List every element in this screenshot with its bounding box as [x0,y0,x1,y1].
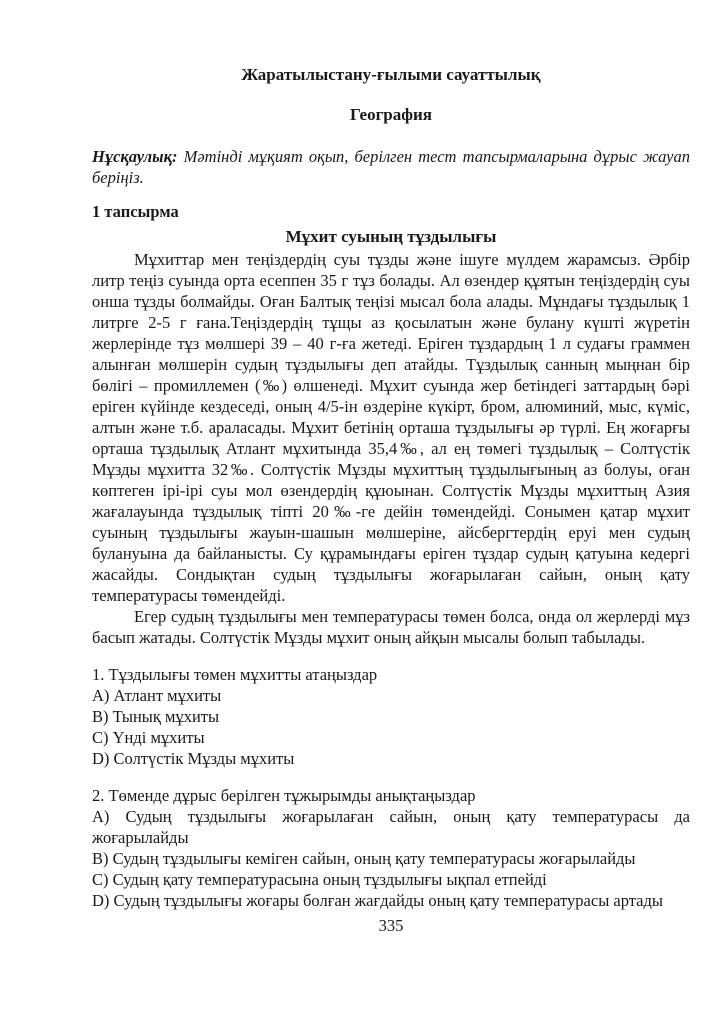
document-title: Жаратылыстану-ғылыми сауаттылық [92,64,690,85]
passage-paragraph-2: Егер судың тұздылығы мен температурасы т… [92,606,690,648]
instruction-text: Мәтінді мұқият оқып, берілген тест тапсы… [92,147,690,187]
passage-paragraph-1: Мұхиттар мен теңіздердің суы тұзды және … [92,249,690,606]
instruction-label: Нұсқаулық: [92,147,177,166]
question-2: 2. Төменде дұрыс берілген тұжырымды анық… [92,785,690,911]
subject-heading: География [92,104,690,125]
question-2-option-d: D) Судың тұздылығы жоғары болған жағдайд… [92,890,690,911]
task-heading: 1 тапсырма [92,201,690,222]
instruction-paragraph: Нұсқаулық: Мәтінді мұқият оқып, берілген… [92,146,690,188]
question-1-option-c: С) Үнді мұхиты [92,727,690,748]
question-1-prompt: 1. Тұздылығы төмен мұхитты атаңыздар [92,664,690,685]
question-2-prompt: 2. Төменде дұрыс берілген тұжырымды анық… [92,785,690,806]
question-1-option-b: В) Тынық мұхиты [92,706,690,727]
document-page: Жаратылыстану-ғылыми сауаттылық Географи… [0,0,724,1024]
question-2-option-b: В) Судың тұздылығы кеміген сайын, оның қ… [92,848,690,869]
page-number: 335 [92,915,690,936]
question-1: 1. Тұздылығы төмен мұхитты атаңыздар А) … [92,664,690,769]
question-1-option-a: А) Атлант мұхиты [92,685,690,706]
question-1-option-d: D) Солтүстік Мұзды мұхиты [92,748,690,769]
question-2-option-c: С) Судың қату температурасына оның тұзды… [92,869,690,890]
question-2-option-a: А) Судың тұздылығы жоғарылаған сайын, он… [92,806,690,848]
passage-title: Мұхит суының тұздылығы [92,226,690,247]
